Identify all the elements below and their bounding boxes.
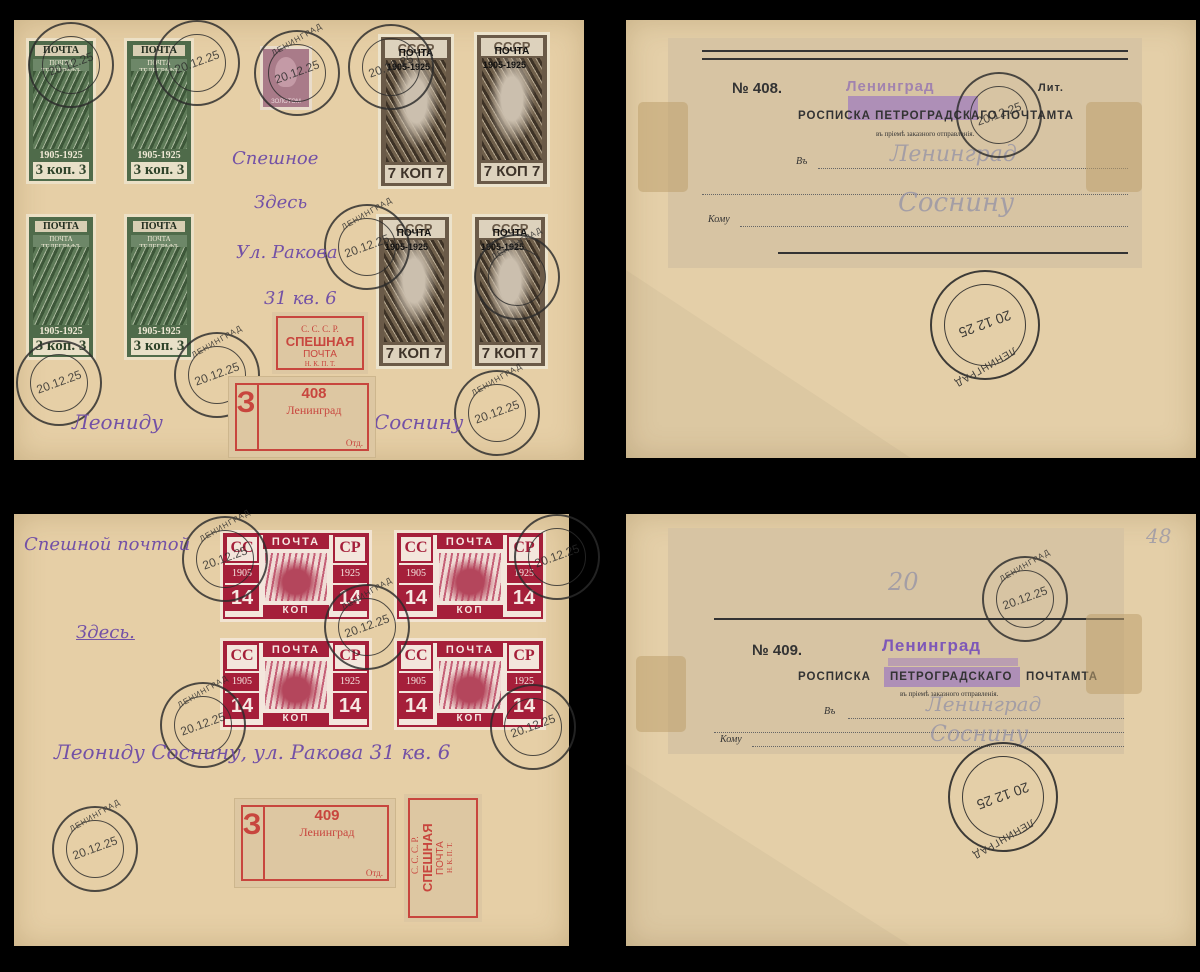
receipt-number: № 408.: [732, 80, 782, 97]
cover-408-front: ПОЧТА ПОЧТА ТЕЛЕГРАФЪ 1905-1925 3 коп. 3…: [14, 20, 584, 460]
postmark-arrival: 20 12 25 ЛЕНИНГРАД: [930, 270, 1040, 380]
stamp-7-kop: СССР ПОЧТА 1905-1925 7 КОП 7: [474, 32, 550, 187]
handwritten-recipient-last: Соснину: [374, 410, 463, 434]
handwritten-express: Спешной почтой: [24, 534, 190, 555]
cover-409-back: № 409. Ленинград РОСПИСКА ПЕТРОГРАДСКАГО…: [626, 514, 1196, 946]
stamp-3-kop: ПОЧТА ПОЧТА ТЕЛЕГРАФЪ 1905-1925 3 коп. 3: [124, 214, 194, 360]
envelope-flap: [626, 764, 911, 946]
handwritten-apartment: 31 кв. 6: [264, 288, 337, 309]
postmark: ЛЕНИНГРАД20.12.25: [454, 370, 540, 456]
postmark: 20.12.25: [28, 22, 114, 108]
postmark: ЛЕНИНГРАД20.12.25: [52, 806, 138, 892]
handwritten-street: Ул. Ракова: [236, 242, 338, 263]
violet-cachet-text: Ленинград: [882, 636, 981, 656]
tape-left: [638, 102, 688, 192]
postmark: ЛЕНИНГРАД20.12.25: [182, 516, 268, 602]
postmark: ЛЕНИНГРАД20.12.25: [324, 584, 410, 670]
postmark: ЛЕНИНГРАД: [474, 234, 560, 320]
corner-pencil-note: 48: [1146, 524, 1171, 548]
tape-right: [1086, 614, 1142, 694]
cover-408-back: № 408. Ленинград РОСПИСКА ПЕТРОГРАДСКАГО…: [626, 20, 1196, 458]
express-mail-label: С. С. С. Р. СПЕШНАЯ ПОЧТА Н. К. П. Т.: [272, 312, 368, 374]
postmark: 20.12.25: [154, 20, 240, 106]
postmark: 20.12.25: [956, 72, 1042, 158]
postmark: 20.12.25: [490, 684, 576, 770]
tape-left: [636, 656, 686, 732]
envelope-flap: [626, 270, 911, 458]
handwritten-express: Спешное: [232, 148, 318, 169]
stamp-3-kop: ПОЧТА ПОЧТА ТЕЛЕГРАФЪ 1905-1925 3 коп. 3: [26, 214, 96, 360]
postmark: 20.12.25: [514, 514, 600, 600]
registration-label: З 408 Ленинград Отд.: [228, 376, 376, 458]
receipt-form: № 409. Ленинград РОСПИСКА ПЕТРОГРАДСКАГО…: [668, 528, 1124, 754]
express-mail-label: С. С. С. Р. СПЕШНАЯ ПОЧТА Н. К. П. Т.: [404, 794, 482, 922]
handwritten-local: Здесь.: [76, 622, 135, 643]
postmark: ЛЕНИНГРАД20.12.25: [254, 30, 340, 116]
handwritten-local: Здесь: [254, 192, 307, 213]
handwritten-recipient-first: Леониду: [72, 410, 163, 434]
postmark: ЛЕНИНГРАД20.12.25: [982, 556, 1068, 642]
cover-409-front: ПОЧТА СС190514 СР192514 КОП ПОЧТА СС1905…: [14, 514, 569, 946]
postmark: 20.12.25: [348, 24, 434, 110]
tape-right: [1086, 102, 1142, 192]
receipt-number: № 409.: [752, 642, 802, 659]
postmark-arrival: 20 12 25 ЛЕНИНГРАД: [948, 742, 1058, 852]
handwritten-address: Леониду Соснину, ул. Ракова 31 кв. 6: [54, 740, 451, 764]
registration-label: З 409 Ленинград Отд.: [234, 798, 396, 888]
receipt-form: № 408. Ленинград РОСПИСКА ПЕТРОГРАДСКАГО…: [668, 38, 1142, 268]
